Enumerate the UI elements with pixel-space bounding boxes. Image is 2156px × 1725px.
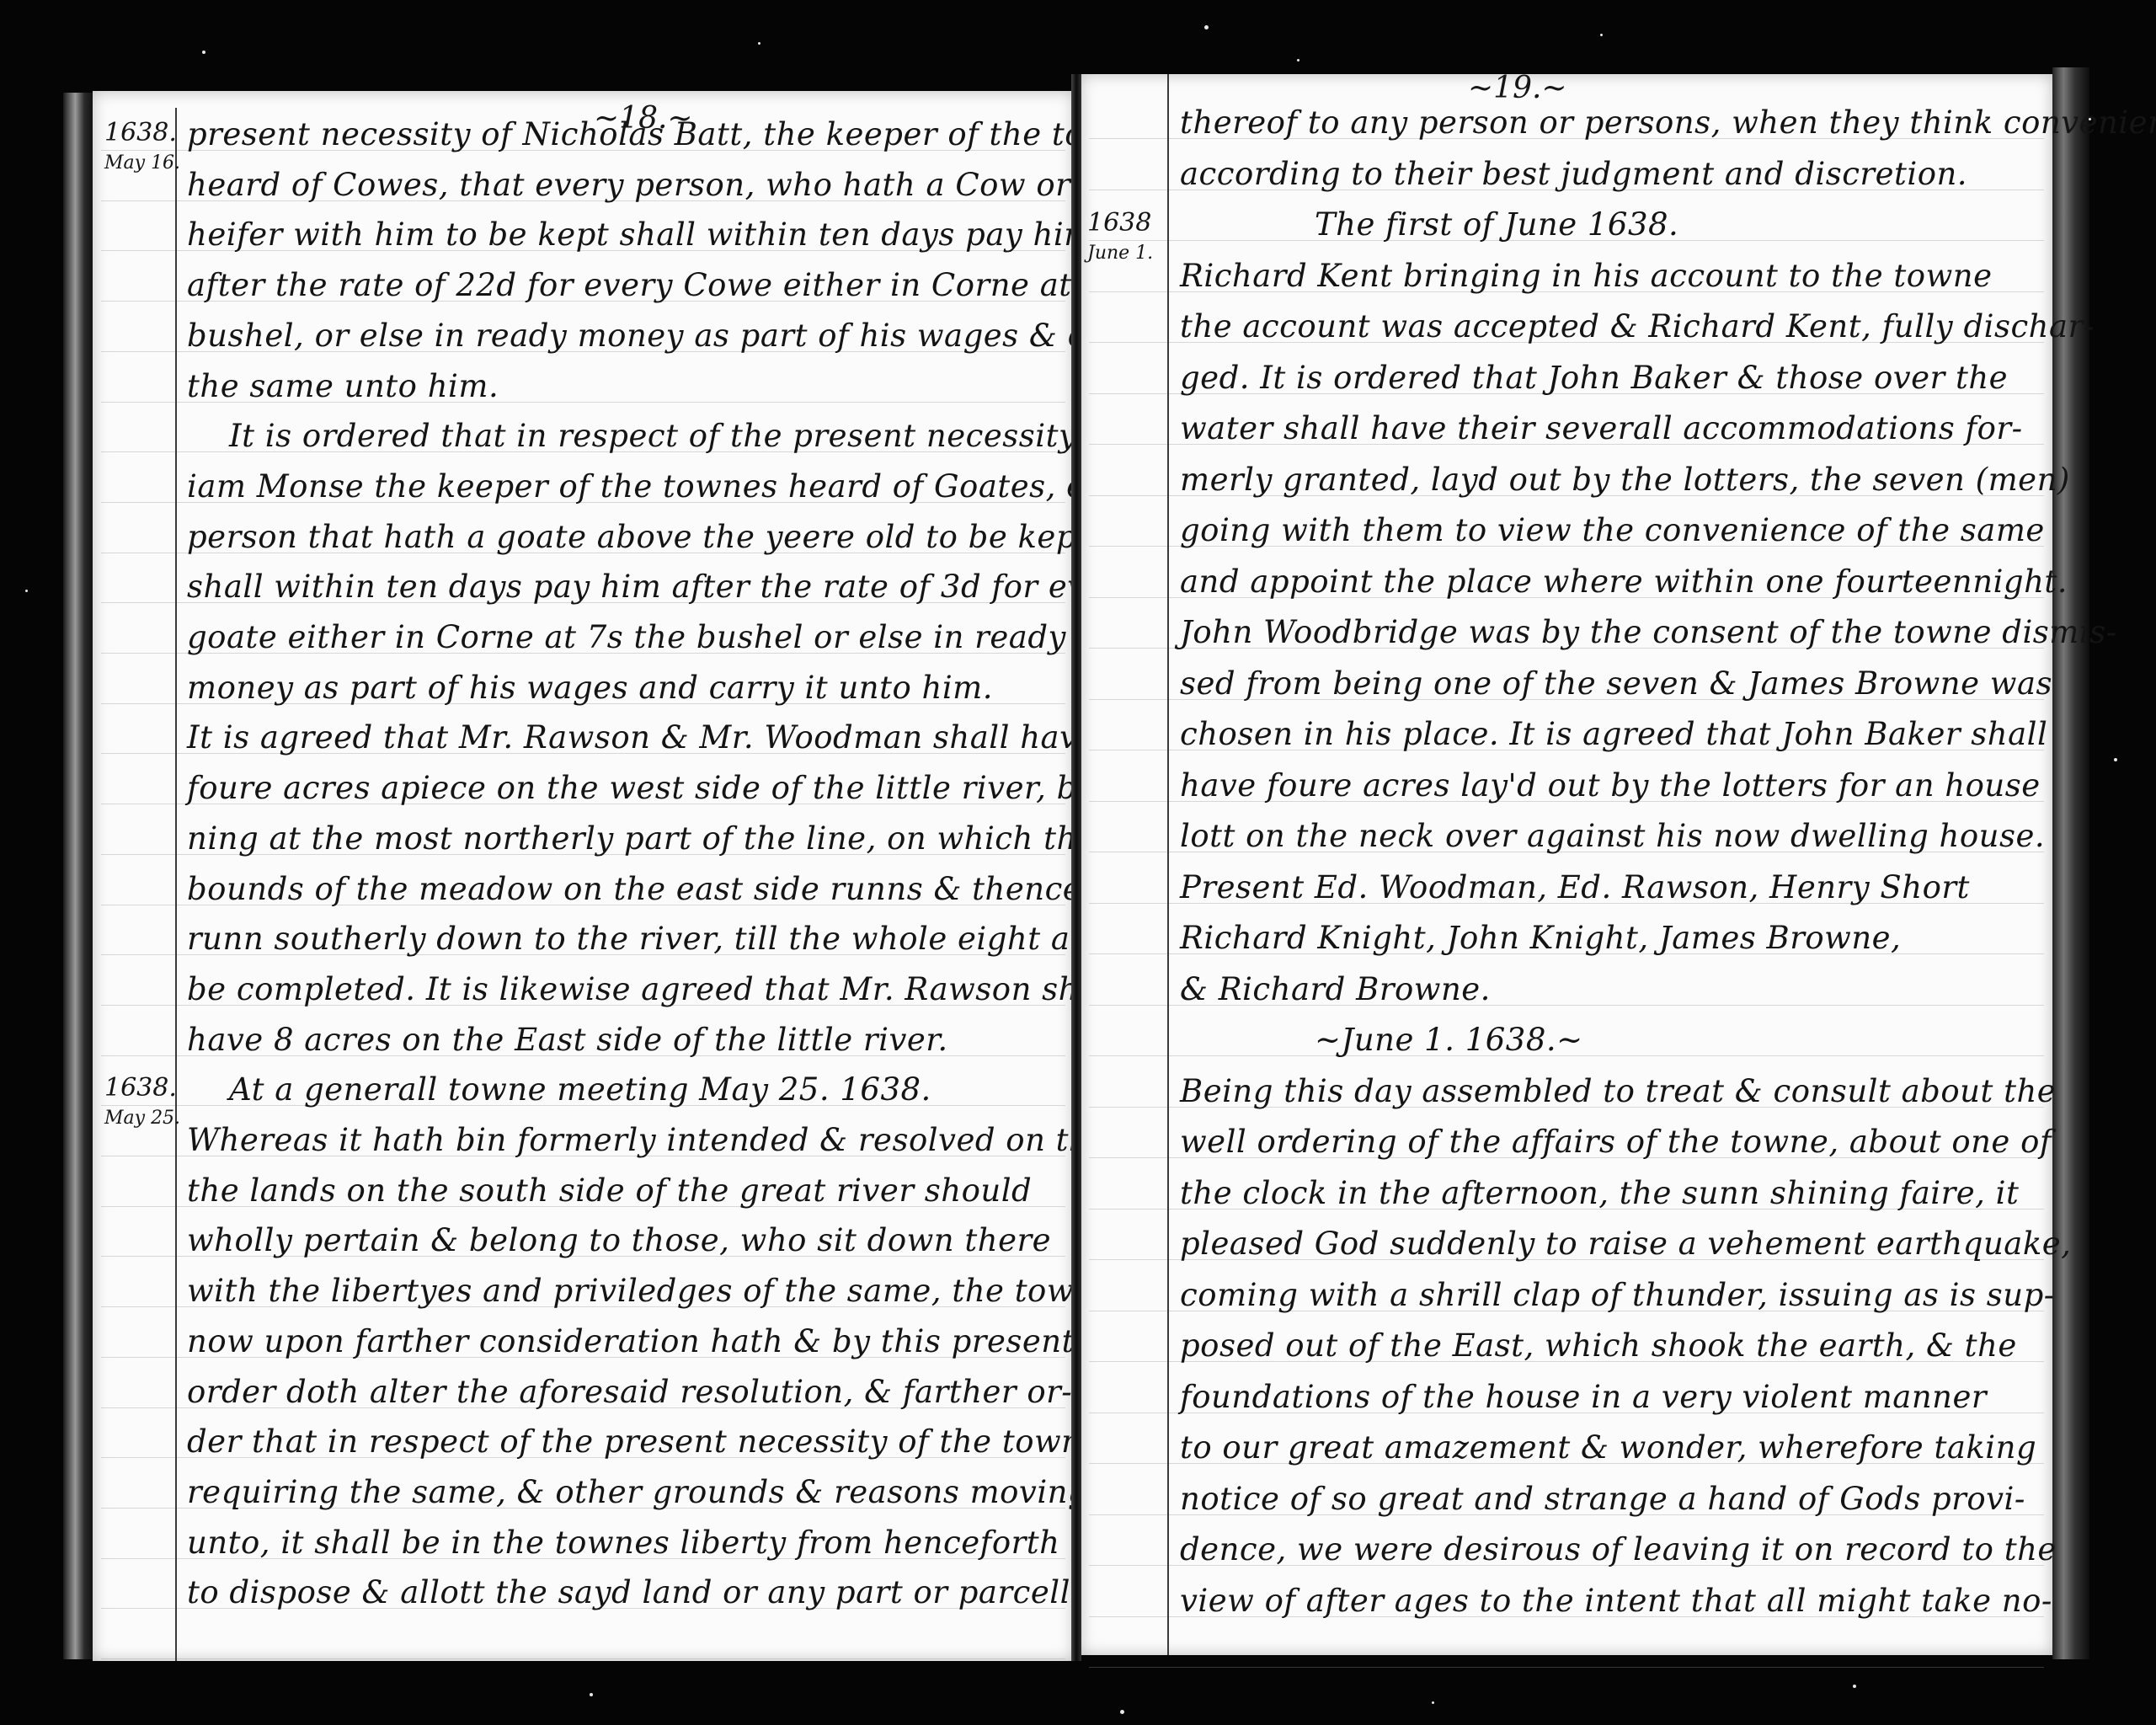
text-line: with the libertyes and priviledges of th… bbox=[187, 1273, 1113, 1310]
left-page: ~18.~ 1638.May 16.1638.May 25. present n… bbox=[93, 91, 1074, 1661]
ruled-line bbox=[101, 1658, 1065, 1659]
page-number-19: ~19.~ bbox=[1468, 71, 1567, 105]
text-line: heard of Cowes, that every person, who h… bbox=[187, 167, 1100, 204]
text-line: & Richard Browne. bbox=[1180, 971, 1491, 1008]
text-line: der that in respect of the present neces… bbox=[187, 1423, 1117, 1461]
text-line: the clock in the afternoon, the sunn shi… bbox=[1180, 1175, 2019, 1212]
right-margin-rule bbox=[1167, 74, 1169, 1655]
text-line: wholly pertain & belong to those, who si… bbox=[187, 1222, 1051, 1259]
text-line: iam Monse the keeper of the townes heard… bbox=[187, 468, 1155, 505]
text-line: order doth alter the aforesaid resolutio… bbox=[187, 1374, 1072, 1411]
text-line: the lands on the south side of the great… bbox=[187, 1172, 1032, 1210]
dust-speck bbox=[2089, 118, 2091, 120]
text-line: bushel, or else in ready money as part o… bbox=[187, 318, 1153, 355]
dust-speck bbox=[1204, 25, 1209, 29]
dust-speck bbox=[2114, 758, 2117, 761]
text-line: foundations of the house in a very viole… bbox=[1180, 1379, 1987, 1416]
text-line: runn southerly down to the river, till t… bbox=[187, 921, 1139, 958]
text-line: according to their best judgment and dis… bbox=[1180, 156, 1967, 193]
margin-year: 1638 bbox=[1087, 208, 1153, 238]
dust-speck bbox=[202, 51, 205, 54]
text-line: view of after ages to the intent that al… bbox=[1180, 1583, 2052, 1620]
margin-date-note: 1638June 1. bbox=[1087, 208, 1153, 269]
text-line: Richard Knight, John Knight, James Brown… bbox=[1180, 920, 1901, 957]
text-line: It is ordered that in respect of the pre… bbox=[229, 418, 1203, 455]
text-line: ged. It is ordered that John Baker & tho… bbox=[1180, 360, 2008, 397]
text-line: heifer with him to be kept shall within … bbox=[187, 216, 1094, 254]
text-line: The first of June 1638. bbox=[1315, 206, 1678, 243]
text-line: to our great amazement & wonder, wherefo… bbox=[1180, 1429, 2036, 1466]
text-line: Present Ed. Woodman, Ed. Rawson, Henry S… bbox=[1180, 869, 1970, 906]
text-line: ning at the most northerly part of the l… bbox=[187, 820, 1096, 857]
dust-speck bbox=[25, 590, 28, 592]
left-page-edge bbox=[63, 93, 93, 1659]
text-line: foure acres apiece on the west side of t… bbox=[187, 770, 1158, 807]
left-margin-rule bbox=[175, 108, 177, 1661]
text-line: shall within ten days pay him after the … bbox=[187, 569, 1138, 606]
dust-speck bbox=[758, 42, 760, 45]
dust-speck bbox=[1297, 59, 1299, 61]
text-line: money as part of his wages and carry it … bbox=[187, 670, 993, 707]
text-line: after the rate of 22d for every Cowe eit… bbox=[187, 267, 1183, 304]
margin-month-day: May 25. bbox=[104, 1103, 180, 1134]
text-line: present necessity of Nicholas Batt, the … bbox=[187, 116, 1166, 153]
margin-date-note: 1638.May 16. bbox=[104, 118, 180, 179]
text-line: coming with a shrill clap of thunder, is… bbox=[1180, 1277, 2055, 1314]
text-line: Richard Kent bringing in his account to … bbox=[1180, 258, 1992, 295]
text-line: lott on the neck over against his now dw… bbox=[1180, 818, 2045, 855]
margin-year: 1638. bbox=[104, 118, 180, 148]
text-line: water shall have their severall accommod… bbox=[1180, 410, 2023, 447]
dust-speck bbox=[1432, 1701, 1434, 1704]
text-line: the account was accepted & Richard Kent,… bbox=[1180, 308, 2095, 345]
text-line: Being this day assembled to treat & cons… bbox=[1180, 1073, 2056, 1110]
margin-year: 1638. bbox=[104, 1073, 180, 1103]
ruled-line bbox=[1089, 1667, 2044, 1668]
text-line: ~June 1. 1638.~ bbox=[1315, 1022, 1583, 1059]
text-line: requiring the same, & other grounds & re… bbox=[187, 1474, 1177, 1511]
text-line: bounds of the meadow on the east side ru… bbox=[187, 871, 1124, 908]
text-line: Whereas it hath bin formerly intended & … bbox=[187, 1122, 1121, 1159]
dust-speck bbox=[1853, 1685, 1856, 1688]
text-line: well ordering of the affairs of the town… bbox=[1180, 1124, 2052, 1161]
text-line: going with them to view the convenience … bbox=[1180, 512, 2045, 549]
dust-speck bbox=[1120, 1710, 1124, 1714]
right-page-edge bbox=[2052, 67, 2089, 1659]
text-line: have foure acres lay'd out by the lotter… bbox=[1180, 767, 2041, 804]
text-line: goate either in Corne at 7s the bushel o… bbox=[187, 619, 1066, 656]
margin-date-note: 1638.May 25. bbox=[104, 1073, 180, 1134]
text-line: It is agreed that Mr. Rawson & Mr. Woodm… bbox=[187, 719, 1097, 756]
text-line: thereof to any person or persons, when t… bbox=[1180, 104, 2156, 142]
text-line: At a generall towne meeting May 25. 1638… bbox=[229, 1071, 931, 1108]
margin-month-day: June 1. bbox=[1087, 238, 1153, 269]
dust-speck bbox=[1600, 34, 1603, 36]
text-line: the same unto him. bbox=[187, 368, 499, 405]
text-line: dence, we were desirous of leaving it on… bbox=[1180, 1531, 2057, 1568]
text-line: be completed. It is likewise agreed that… bbox=[187, 971, 1118, 1008]
text-line: merly granted, layd out by the lotters, … bbox=[1180, 462, 2070, 499]
text-line: sed from being one of the seven & James … bbox=[1180, 665, 2052, 702]
text-line: now upon farther consideration hath & by… bbox=[187, 1323, 1075, 1360]
text-line: posed out of the East, which shook the e… bbox=[1180, 1327, 2017, 1365]
text-line: and appoint the place where within one f… bbox=[1180, 563, 2068, 601]
right-page: ~19.~ 1638June 1. thereof to any person … bbox=[1081, 74, 2052, 1655]
text-line: have 8 acres on the East side of the lit… bbox=[187, 1022, 948, 1059]
text-line: notice of so great and strange a hand of… bbox=[1180, 1481, 2025, 1518]
dust-speck bbox=[590, 1693, 593, 1696]
book-gutter bbox=[1071, 74, 1081, 1661]
text-line: unto, it shall be in the townes liberty … bbox=[187, 1525, 1060, 1562]
text-line: person that hath a goate above the yeere… bbox=[187, 519, 1089, 556]
margin-month-day: May 16. bbox=[104, 148, 180, 179]
text-line: chosen in his place. It is agreed that J… bbox=[1180, 716, 2047, 753]
text-line: John Woodbridge was by the consent of th… bbox=[1180, 614, 2117, 651]
text-line: to dispose & allott the sayd land or any… bbox=[187, 1574, 1070, 1611]
text-line: pleased God suddenly to raise a vehement… bbox=[1180, 1226, 2071, 1263]
